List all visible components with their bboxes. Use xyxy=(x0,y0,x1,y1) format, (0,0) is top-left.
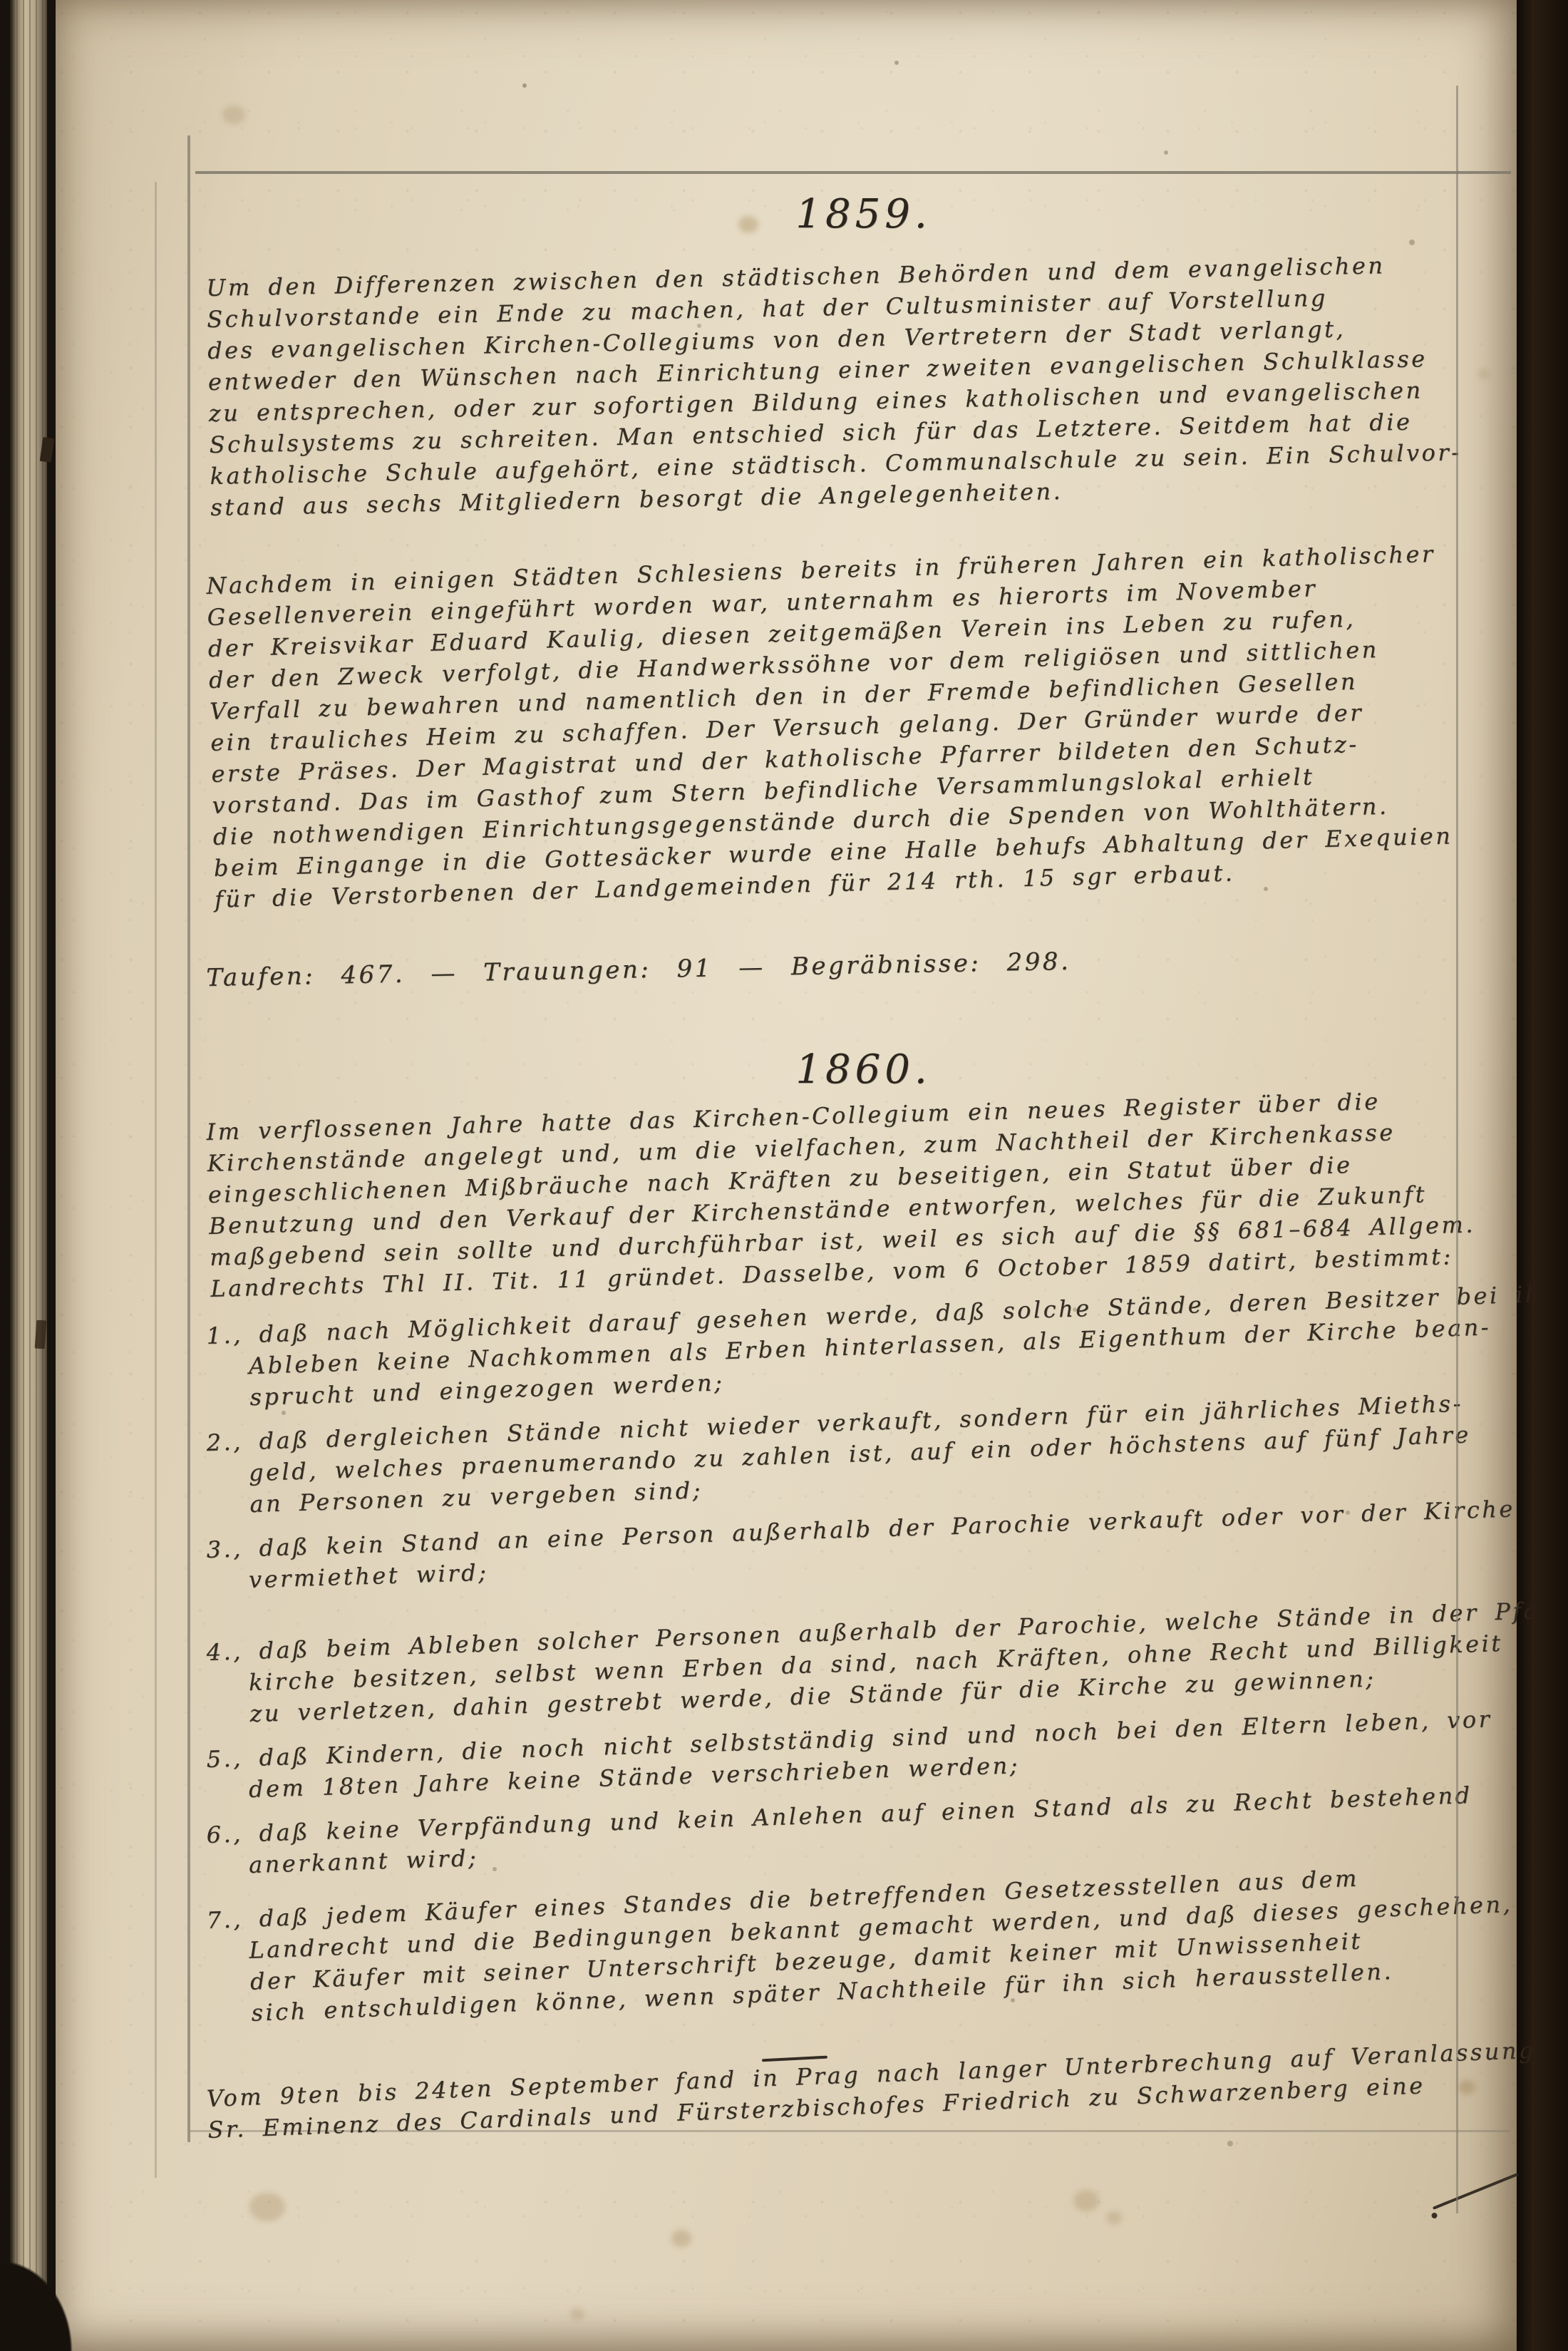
pencil-rule-right xyxy=(1456,86,1458,2213)
pencil-rule-top xyxy=(195,171,1511,174)
paragraph-1859-1: Um den Differenzen zwischen den städtisc… xyxy=(206,247,1529,523)
statute-item-7: 7., daß jedem Käufer eines Standes die b… xyxy=(206,1856,1528,2030)
pencil-rule-left xyxy=(187,135,190,2142)
year-heading-1859: 1859. xyxy=(206,191,1521,237)
page-edge-stack xyxy=(10,0,47,2351)
catchword-flourish-stroke xyxy=(1433,2173,1518,2210)
page-edge-notch xyxy=(35,1320,47,1349)
stain-spot xyxy=(1073,2190,1099,2211)
stain-spot xyxy=(222,106,245,124)
stain-spot xyxy=(1458,2080,1475,2094)
stain-spot xyxy=(738,216,758,233)
statistics-line: Taufen: 467. — Trauungen: 91 — Begräbnis… xyxy=(206,938,1525,992)
book-binding-left xyxy=(0,0,56,2351)
manuscript-page: 1859. Um den Differenzen zwischen den st… xyxy=(53,0,1517,2351)
stain-spot xyxy=(1478,369,1489,379)
stain-spot xyxy=(570,2308,584,2320)
closing-paragraph: Vom 9ten bis 24ten September fand in Pra… xyxy=(206,2034,1526,2146)
bottom-left-page-curve xyxy=(0,2244,86,2351)
stain-spot xyxy=(671,2230,691,2247)
stain-spot xyxy=(1387,451,1400,461)
year-heading-1860: 1860. xyxy=(206,1046,1521,1093)
paragraph-1859-2: Nachdem in einigen Städten Schlesiens be… xyxy=(206,536,1533,915)
book-binding-right xyxy=(1515,0,1568,2351)
stain-spot xyxy=(249,2193,285,2221)
pencil-rule-left-outer xyxy=(155,182,157,2178)
paragraph-1860-1: Im verflossenen Jahre hatte das Kirchen-… xyxy=(206,1082,1529,1305)
stain-spot xyxy=(1106,2211,1122,2224)
book-photo: 1859. Um den Differenzen zwischen den st… xyxy=(0,0,1568,2351)
